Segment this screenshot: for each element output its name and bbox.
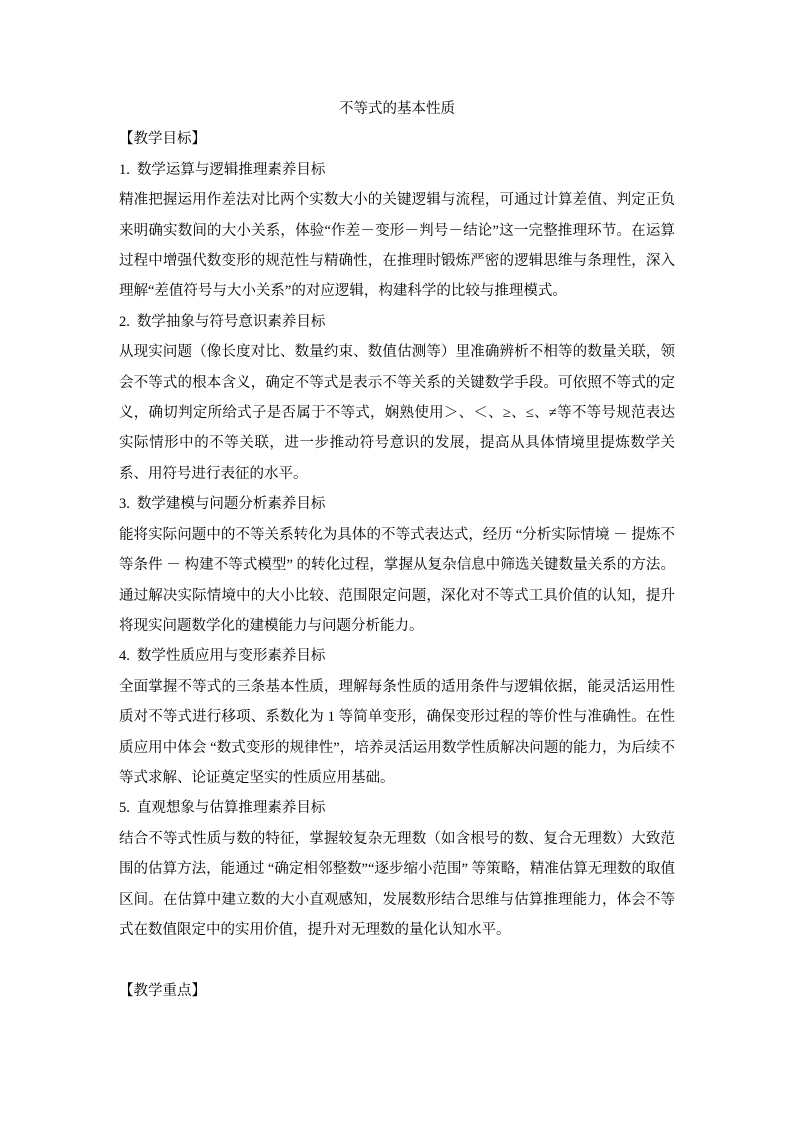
- objective-number-5: 5.: [119, 793, 130, 823]
- objective-heading-3: 3.数学建模与问题分析素养目标: [119, 489, 675, 519]
- objective-title-3: 数学建模与问题分析素养目标: [137, 496, 326, 512]
- objective-number-4: 4.: [119, 641, 130, 671]
- objective-title-4: 数学性质应用与变形素养目标: [137, 648, 326, 664]
- document-page: 不等式的基本性质 【教学目标】 1.数学运算与逻辑推理素养目标 精准把握运用作差…: [0, 0, 794, 1123]
- objective-body-3: 能将实际问题中的不等关系转化为具体的不等式表达式，经历 “分析实际情境 － 提炼…: [119, 520, 675, 642]
- blank-line: [119, 945, 675, 975]
- objective-heading-2: 2.数学抽象与符号意识素养目标: [119, 307, 675, 337]
- key-points-heading: 【教学重点】: [119, 976, 675, 1006]
- objective-body-1: 精准把握运用作差法对比两个实数大小的关键逻辑与流程，可通过计算差值、判定正负来明…: [119, 185, 675, 307]
- objective-heading-5: 5.直观想象与估算推理素养目标: [119, 793, 675, 823]
- objective-heading-4: 4.数学性质应用与变形素养目标: [119, 641, 675, 671]
- objective-number-2: 2.: [119, 307, 130, 337]
- objective-title-5: 直观想象与估算推理素养目标: [137, 800, 326, 816]
- objective-body-4: 全面掌握不等式的三条基本性质，理解每条性质的适用条件与逻辑依据，能灵活运用性质对…: [119, 672, 675, 794]
- objective-body-5: 结合不等式性质与数的特征，掌握较复杂无理数（如含根号的数、复合无理数）大致范围的…: [119, 824, 675, 946]
- objective-number-1: 1.: [119, 155, 130, 185]
- objective-body-2: 从现实问题（像长度对比、数量约束、数值估测等）里准确辨析不相等的数量关联，领会不…: [119, 337, 675, 489]
- objective-heading-1: 1.数学运算与逻辑推理素养目标: [119, 155, 675, 185]
- objectives-heading: 【教学目标】: [119, 124, 675, 154]
- objective-title-2: 数学抽象与符号意识素养目标: [137, 314, 326, 330]
- page-title: 不等式的基本性质: [119, 94, 675, 124]
- objective-number-3: 3.: [119, 489, 130, 519]
- objective-title-1: 数学运算与逻辑推理素养目标: [137, 162, 326, 178]
